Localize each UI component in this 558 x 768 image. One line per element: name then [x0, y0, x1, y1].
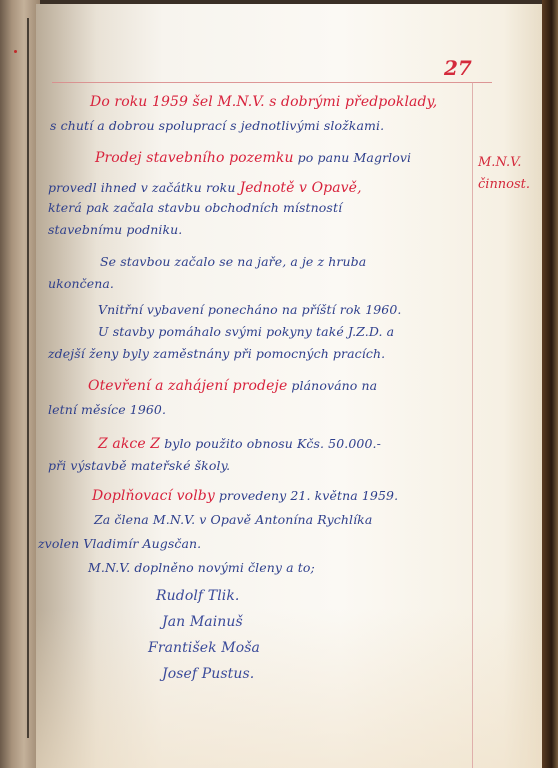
- margin-rule: [472, 82, 473, 768]
- handwritten-line: zvolen Vladimír Augsčan.: [38, 536, 201, 551]
- blue-ink-text: bylo použito obnosu Kčs. 50.000.-: [160, 436, 381, 451]
- handwritten-line: zdejší ženy byly zaměstnány při pomocnýc…: [48, 346, 385, 361]
- handwritten-line: Otevření a zahájení prodeje plánováno na: [88, 378, 377, 394]
- signature: František Moša: [148, 640, 260, 656]
- ink-spot: [14, 50, 17, 53]
- blue-ink-text: provedeny 21. května 1959.: [215, 488, 398, 503]
- blue-ink-text: Za člena M.N.V. v Opavě Antonína Rychlík…: [94, 512, 372, 527]
- handwritten-line: ukončena.: [48, 276, 114, 291]
- margin-note-line: činnost.: [478, 174, 538, 196]
- blue-ink-text: Se stavbou začalo se na jaře, a je z hru…: [100, 254, 366, 269]
- blue-ink-text: plánováno na: [287, 378, 377, 393]
- handwritten-line: Doplňovací volby provedeny 21. května 19…: [92, 488, 398, 504]
- handwritten-line: letní měsíce 1960.: [48, 402, 166, 417]
- signature: Jan Mainuš: [162, 614, 243, 630]
- blue-ink-text: U stavby pomáhalo svými pokyny také J.Z.…: [98, 324, 394, 339]
- handwritten-line: stavebnímu podniku.: [48, 222, 182, 237]
- blue-ink-text: Vnitřní vybavení ponecháno na příští rok…: [98, 302, 401, 317]
- blue-ink-text: po panu Magrlovi: [294, 150, 412, 165]
- handwritten-line: s chutí a dobrou spoluprací s jednotlivý…: [50, 118, 384, 133]
- blue-ink-text: při výstavbě mateřské školy.: [48, 458, 230, 473]
- blue-ink-text: která pak začala stavbu obchodních místn…: [48, 200, 342, 215]
- handwritten-line: Vnitřní vybavení ponecháno na příští rok…: [98, 302, 401, 317]
- signature: Rudolf Tlik.: [156, 588, 239, 604]
- blue-ink-text: stavebnímu podniku.: [48, 222, 182, 237]
- handwritten-line: Do roku 1959 šel M.N.V. s dobrými předpo…: [90, 94, 437, 110]
- margin-note-line: M.N.V.: [478, 152, 538, 174]
- handwritten-line: Se stavbou začalo se na jaře, a je z hru…: [100, 254, 366, 269]
- spine-shadow-line: [27, 18, 29, 738]
- red-ink-heading: Jednotě v Opavě,: [240, 180, 362, 196]
- red-ink-heading: Prodej stavebního pozemku: [95, 150, 294, 166]
- red-ink-heading: Z akce Z: [98, 436, 160, 452]
- handwritten-line: provedl ihned v začátku roku Jednotě v O…: [48, 180, 362, 196]
- handwritten-line: při výstavbě mateřské školy.: [48, 458, 230, 473]
- red-ink-heading: Doplňovací volby: [92, 488, 215, 504]
- blue-ink-text: letní měsíce 1960.: [48, 402, 166, 417]
- blue-ink-text: zdejší ženy byly zaměstnány při pomocnýc…: [48, 346, 385, 361]
- blue-ink-text: ukončena.: [48, 276, 114, 291]
- blue-ink-text: provedl ihned v začátku roku: [48, 180, 240, 195]
- page-edge: [542, 0, 558, 768]
- page-number: 27: [444, 56, 472, 80]
- blue-ink-text: M.N.V. doplněno novými členy a to;: [88, 560, 315, 575]
- handwritten-line: Z akce Z bylo použito obnosu Kčs. 50.000…: [98, 436, 381, 452]
- red-ink-heading: Otevření a zahájení prodeje: [88, 378, 287, 394]
- blue-ink-text: s chutí a dobrou spoluprací s jednotlivý…: [50, 118, 384, 133]
- handwritten-line: Za člena M.N.V. v Opavě Antonína Rychlík…: [94, 512, 372, 527]
- header-rule: [52, 82, 492, 83]
- book-spine: [0, 0, 40, 768]
- margin-note: M.N.V. činnost.: [478, 152, 538, 196]
- signature: Josef Pustus.: [162, 666, 254, 682]
- handwritten-line: U stavby pomáhalo svými pokyny také J.Z.…: [98, 324, 394, 339]
- red-ink-heading: Do roku 1959 šel M.N.V. s dobrými předpo…: [90, 94, 437, 110]
- handwritten-line: Prodej stavebního pozemku po panu Magrlo…: [95, 150, 411, 166]
- blue-ink-text: zvolen Vladimír Augsčan.: [38, 536, 201, 551]
- handwritten-line: M.N.V. doplněno novými členy a to;: [88, 560, 315, 575]
- handwritten-line: která pak začala stavbu obchodních místn…: [48, 200, 342, 215]
